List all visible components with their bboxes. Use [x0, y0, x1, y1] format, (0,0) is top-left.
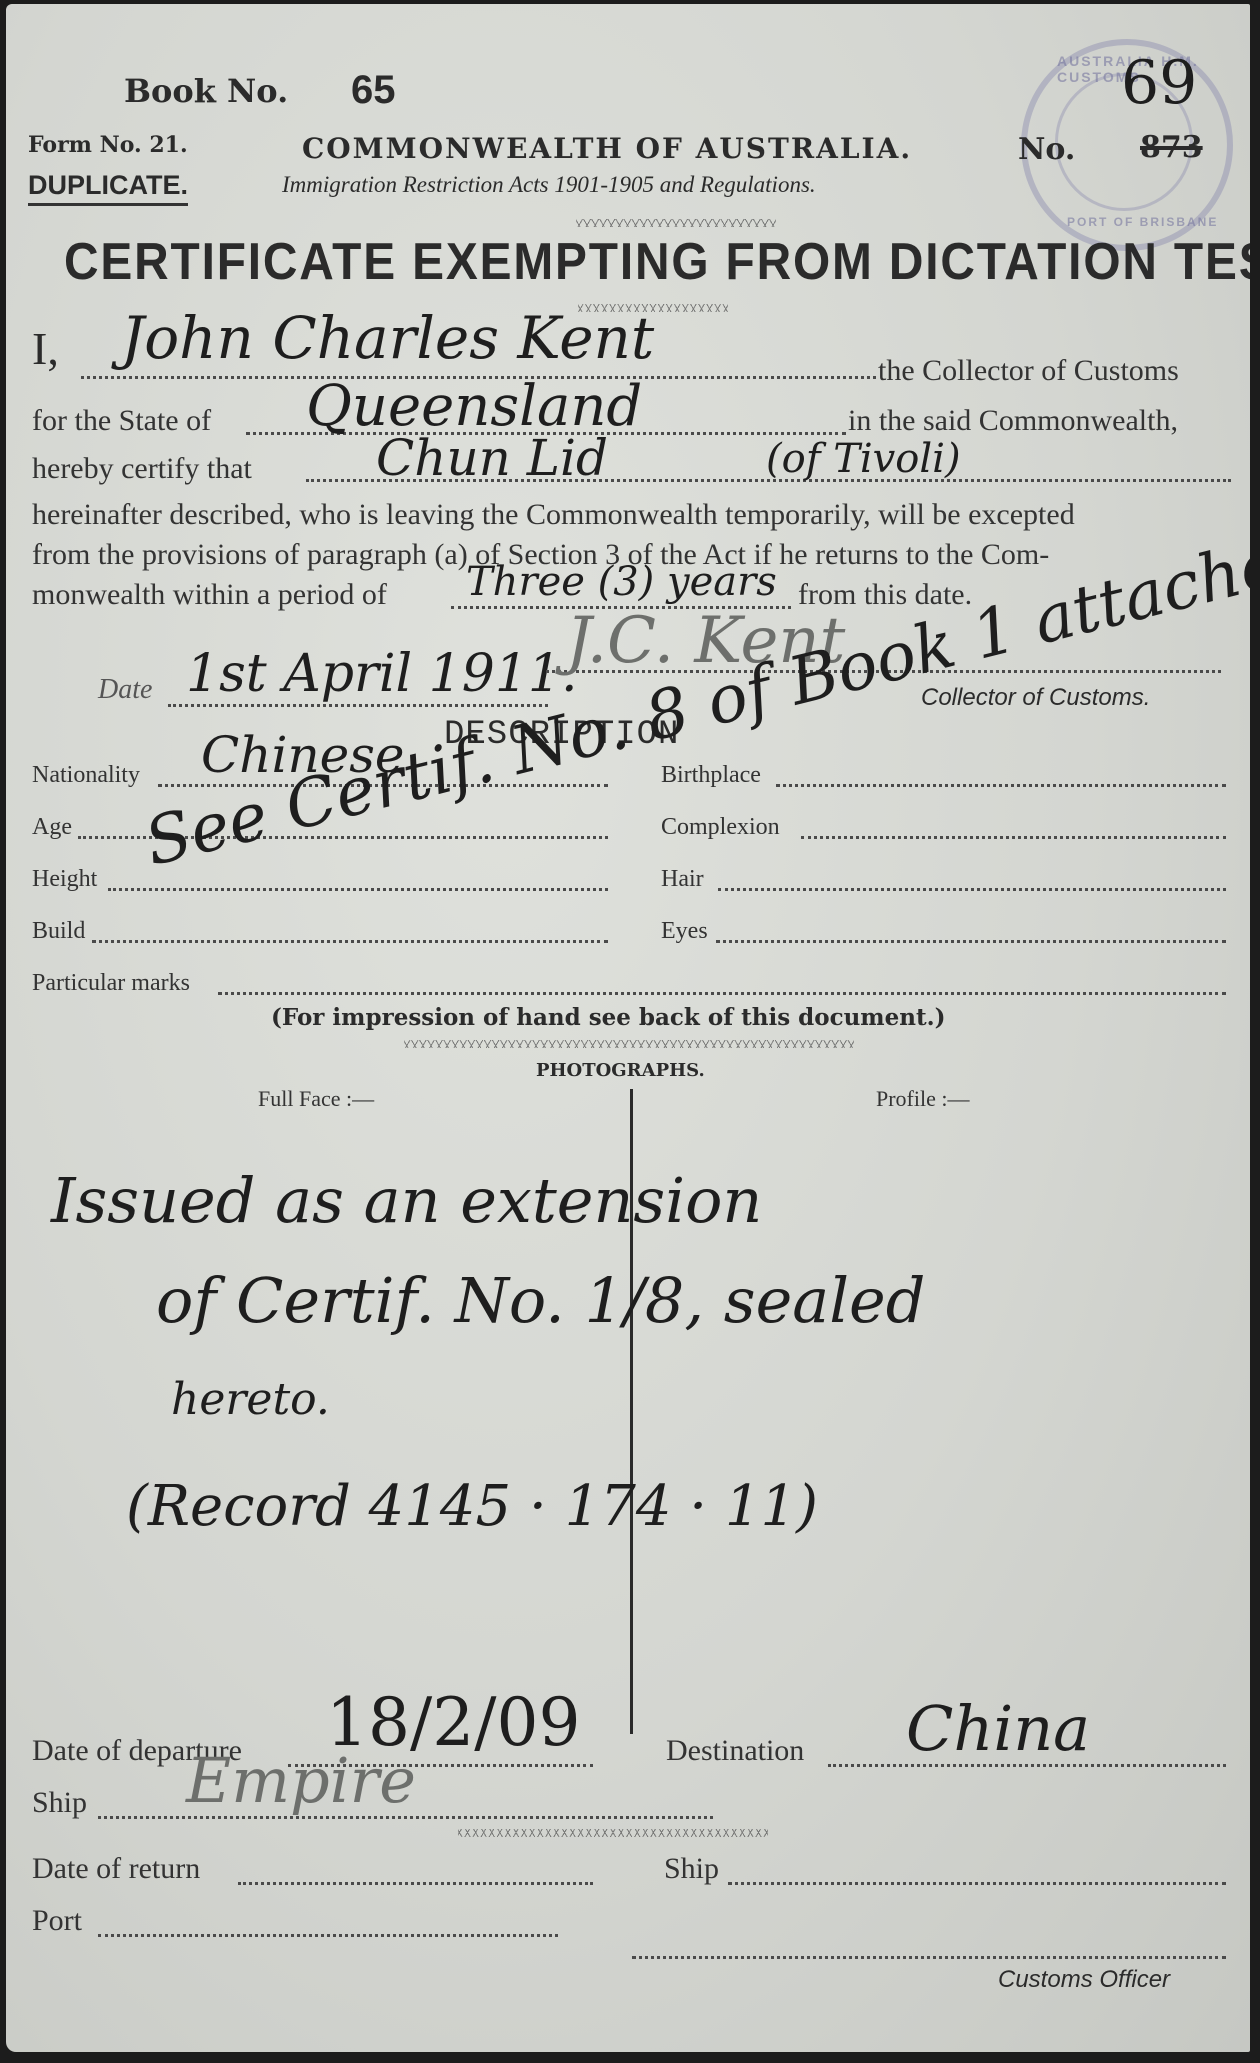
particular-marks-label: Particular marks	[32, 970, 190, 997]
hand-impression-note: (For impression of hand see back of this…	[271, 1004, 946, 1031]
return-date-label: Date of return	[32, 1852, 200, 1886]
age-label: Age	[32, 814, 72, 841]
ship-value: Empire	[186, 1744, 416, 1817]
divider-wavy	[576, 219, 776, 227]
book-label: Book No.	[124, 72, 288, 110]
birthplace-label: Birthplace	[661, 762, 761, 789]
photo-note-line: (Record 4145 · 174 · 11)	[126, 1474, 818, 1539]
divider-wavy	[404, 1040, 854, 1048]
photographs-heading: PHOTOGRAPHS.	[536, 1060, 705, 1081]
certificate-document: Book No. 65 Form No. 21. DUPLICATE. COMM…	[6, 4, 1250, 2052]
ship-label: Ship	[32, 1786, 87, 1820]
legislation-subtitle: Immigration Restriction Acts 1901-1905 a…	[282, 172, 816, 198]
person-note: (of Tivoli)	[766, 436, 961, 482]
collector-role: Collector of Customs.	[921, 684, 1150, 712]
build-label: Build	[32, 918, 85, 945]
document-title: CERTIFICATE EXEMPTING FROM DICTATION TES…	[64, 232, 1250, 292]
book-number: 65	[351, 68, 396, 113]
date-value: 1st April 1911.	[186, 644, 578, 704]
profile-label: Profile :—	[876, 1086, 970, 1112]
person-name: Chun Lid	[376, 429, 608, 487]
hair-label: Hair	[661, 866, 704, 893]
certificate-number-label: No.	[1018, 132, 1075, 167]
duplicate-label: DUPLICATE.	[28, 170, 188, 206]
form-number: Form No. 21.	[28, 132, 188, 158]
pronoun-i: I,	[32, 322, 59, 375]
destination-label: Destination	[666, 1734, 804, 1768]
nationality-label: Nationality	[32, 762, 140, 789]
period-value: Three (3) years	[466, 559, 777, 605]
certificate-number-handwritten: 69	[1121, 48, 1197, 118]
certificate-number-struck: 873	[1140, 130, 1203, 165]
jurisdiction-heading: COMMONWEALTH OF AUSTRALIA.	[302, 132, 912, 165]
photo-note-line: hereto.	[171, 1374, 330, 1425]
eyes-label: Eyes	[661, 918, 708, 945]
complexion-label: Complexion	[661, 814, 780, 841]
destination-value: China	[906, 1692, 1090, 1765]
height-label: Height	[32, 866, 97, 893]
photo-note-line: Issued as an extension	[51, 1164, 762, 1237]
photo-note-line: of Certif. No. 1/8, sealed	[156, 1264, 925, 1337]
full-face-label: Full Face :—	[258, 1086, 374, 1112]
date-label: Date	[98, 674, 152, 706]
port-label: Port	[32, 1904, 82, 1938]
customs-officer-label: Customs Officer	[998, 1966, 1170, 1994]
return-ship-label: Ship	[664, 1852, 719, 1886]
divider-wavy	[458, 1829, 768, 1837]
collector-name: John Charles Kent	[121, 304, 654, 372]
